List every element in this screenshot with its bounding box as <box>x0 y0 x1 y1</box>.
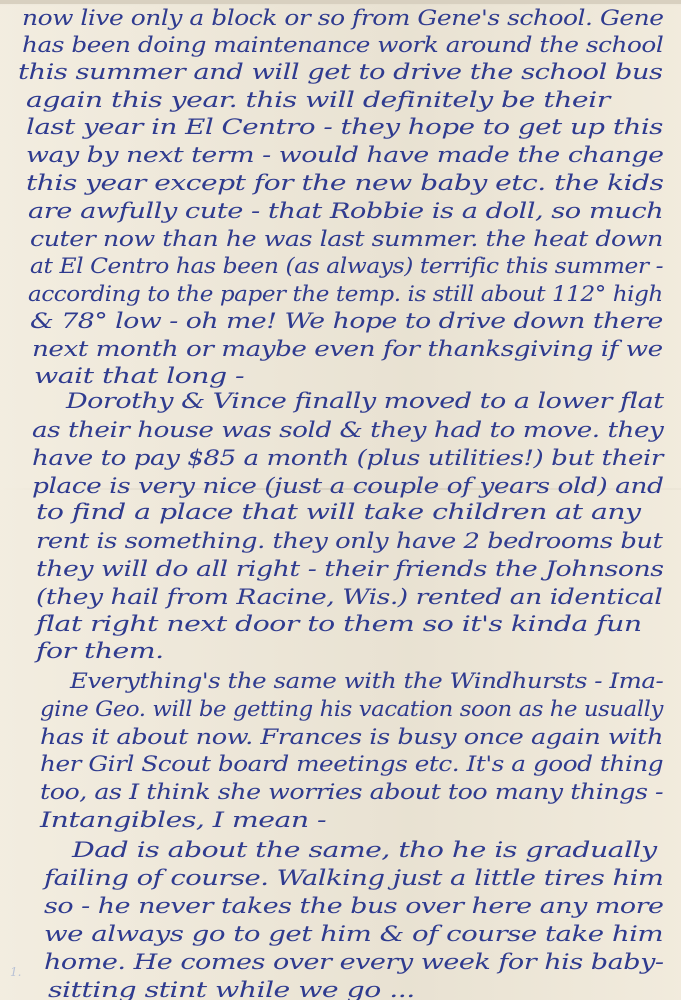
letter-line: has been doing maintenance work around t… <box>22 33 663 57</box>
letter-line: they will do all right - their friends t… <box>36 557 664 581</box>
letter-line: last year in El Centro - they hope to ge… <box>26 115 663 139</box>
letter-line: place is very nice (just a couple of yea… <box>32 474 663 498</box>
letter-line: Dorothy & Vince finally moved to a lower… <box>66 389 664 413</box>
letter-line: way by next term - would have made the c… <box>26 143 664 167</box>
letter-line: as their house was sold & they had to mo… <box>32 418 663 442</box>
letter-line: Everything's the same with the Windhurst… <box>70 669 663 693</box>
margin-note: 1. <box>10 965 21 979</box>
letter-line: next month or maybe even for thanksgivin… <box>32 337 663 361</box>
letter-line: at El Centro has been (as always) terrif… <box>30 254 663 278</box>
letter-line: & 78° low - oh me! We hope to drive down… <box>30 309 663 333</box>
letter-line: failing of course. Walking just a little… <box>44 866 663 890</box>
letter-line: gine Geo. will be getting his vacation s… <box>40 697 663 721</box>
letter-line: rent is something. they only have 2 bedr… <box>36 529 662 553</box>
letter-line: for them. <box>36 639 164 663</box>
letter-line: according to the paper the temp. is stil… <box>28 282 663 306</box>
letter-line: so - he never takes the bus over here an… <box>44 894 663 918</box>
letter-line: this year except for the new baby etc. t… <box>26 171 663 195</box>
letter-line: now live only a block or so from Gene's … <box>22 6 664 30</box>
letter-line: sitting stint while we go ... <box>48 978 415 1000</box>
letter-line: are awfully cute - that Robbie is a doll… <box>28 199 663 223</box>
letter-line: her Girl Scout board meetings etc. It's … <box>40 752 663 776</box>
letter-line: have to pay $85 a month (plus utilities!… <box>32 446 663 470</box>
letter-line: we always go to get him & of course take… <box>44 922 663 946</box>
letter-line: (they hail from Racine, Wis.) rented an … <box>36 585 662 609</box>
letter-line: this summer and will get to drive the sc… <box>18 60 662 84</box>
letter-line: to find a place that will take children … <box>36 500 641 524</box>
letter-page: now live only a block or so from Gene's … <box>0 0 681 1000</box>
letter-line: cuter now than he was last summer. the h… <box>30 227 663 251</box>
letter-line: wait that long - <box>34 364 244 388</box>
letter-line: Intangibles, I mean - <box>40 808 326 832</box>
letter-line: again this year. this will definitely be… <box>26 88 610 112</box>
letter-line: too, as I think she worries about too ma… <box>40 780 663 804</box>
letter-line: flat right next door to them so it's kin… <box>36 612 642 636</box>
letter-line: home. He comes over every week for his b… <box>44 950 664 974</box>
letter-line: Dad is about the same, tho he is gradual… <box>72 838 657 862</box>
page-top-edge <box>0 0 681 4</box>
letter-line: has it about now. Frances is busy once a… <box>40 725 663 749</box>
